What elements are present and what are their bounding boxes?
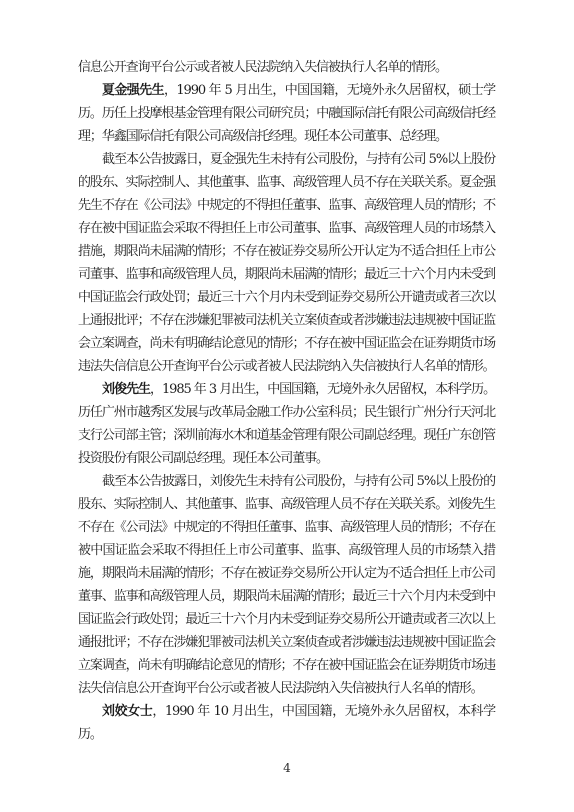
- page-number: 4: [283, 761, 291, 775]
- paragraph: 刘姣女士，1990 年 10 月出生，中国国籍，无境外永久居留权，本科学历。: [78, 700, 495, 746]
- paragraph: 截至本公告披露日，刘俊先生未持有公司股份，与持有公司 5%以上股份的股东、实际控…: [78, 470, 495, 700]
- person-name: 刘姣女士: [102, 704, 152, 719]
- document-page: 信息公开查询平台公示或者被人民法院纳入失信被执行人名单的情形。夏金强先生，199…: [0, 0, 574, 812]
- paragraph-text: 截至本公告披露日，夏金强先生未持有公司股份，与持有公司 5%以上股份的股东、实际…: [78, 152, 495, 374]
- person-name: 刘俊先生: [102, 382, 150, 397]
- paragraph: 截至本公告披露日，夏金强先生未持有公司股份，与持有公司 5%以上股份的股东、实际…: [78, 148, 495, 378]
- paragraph-text: 截至本公告披露日，刘俊先生未持有公司股份，与持有公司 5%以上股份的股东、实际控…: [78, 474, 495, 696]
- paragraph: 信息公开查询平台公示或者被人民法院纳入失信被执行人名单的情形。: [78, 56, 495, 79]
- person-name: 夏金强先生: [102, 83, 164, 98]
- page-footer: 4: [0, 757, 574, 776]
- document-body: 信息公开查询平台公示或者被人民法院纳入失信被执行人名单的情形。夏金强先生，199…: [78, 56, 495, 746]
- paragraph: 夏金强先生，1990 年 5 月出生，中国国籍，无境外永久居留权，硕士学历。历任…: [78, 79, 495, 148]
- paragraph: 刘俊先生，1985 年 3 月出生，中国国籍，无境外永久居留权，本科学历。历任广…: [78, 378, 495, 470]
- paragraph-text: 信息公开查询平台公示或者被人民法院纳入失信被执行人名单的情形。: [78, 60, 447, 75]
